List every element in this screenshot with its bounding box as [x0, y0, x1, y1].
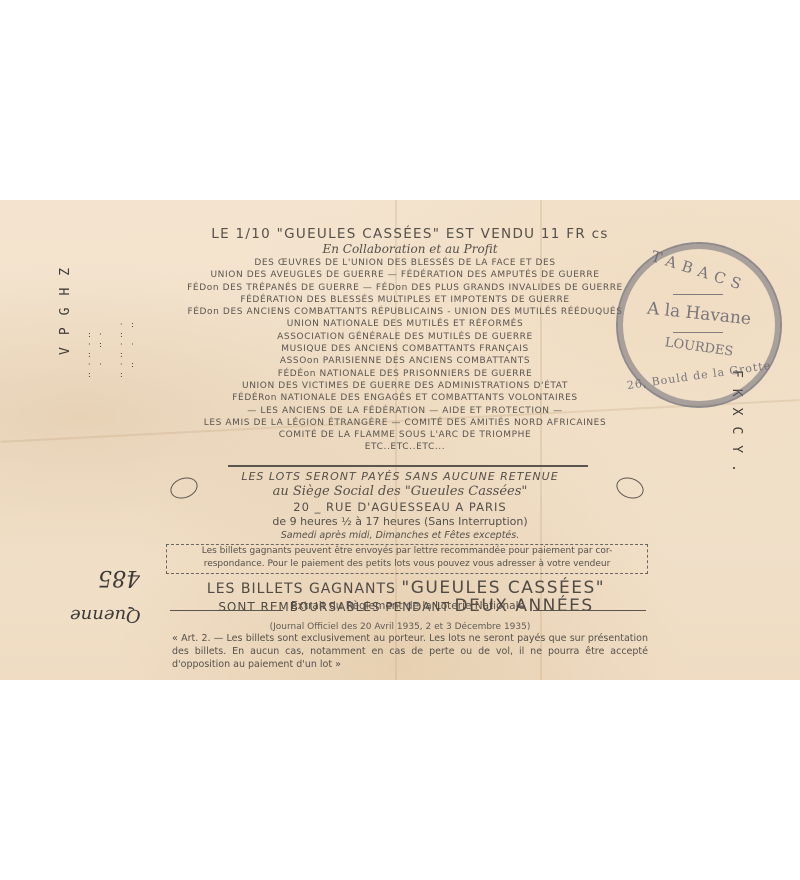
- handwritten-number: 485: [98, 565, 140, 590]
- stamp-address: 26, Bould de la Grotte: [618, 358, 780, 393]
- payment-hours: de 9 heures ½ à 17 heures (Sans Interrup…: [0, 515, 800, 528]
- banner-rule: [228, 465, 588, 467]
- handwritten-word: Quenne: [70, 605, 141, 626]
- organization: FÉDon DES ANCIENS COMBATTANTS RÉPUBLICAI…: [160, 306, 650, 318]
- perforation-marks: · ::· ·:· ::: [120, 320, 137, 380]
- lottery-ticket-back: : ·· ::· ·: · ::· ·:· :: VPGHZ FKXCY. LE…: [0, 200, 800, 680]
- stamp-ornament: [673, 294, 723, 295]
- winners-prefix: LES BILLETS GAGNANTS: [207, 581, 402, 597]
- regulation-article: « Art. 2. — Les billets sont exclusiveme…: [172, 632, 648, 671]
- divider: [533, 610, 646, 611]
- stamp-shop-name: A la Havane: [617, 296, 780, 333]
- organization: FÉDÉRon NATIONALE DES ENGAGÉS ET COMBATT…: [160, 392, 650, 404]
- divider: [170, 610, 283, 611]
- organization: UNION NATIONALE DES MUTILÉS ET RÉFORMÉS: [160, 318, 650, 330]
- organization: UNION DES AVEUGLES DE GUERRE — FÉDÉRATIO…: [160, 269, 650, 281]
- organization: MUSIQUE DES ANCIENS COMBATTANTS FRANÇAIS: [160, 343, 650, 355]
- organization: — LES ANCIENS DE LA FÉDÉRATION — AIDE ET…: [160, 405, 650, 417]
- serial-code-left: VPGHZ: [58, 256, 73, 355]
- payment-exceptions: Samedi après midi, Dimanches et Fêtes ex…: [0, 530, 800, 541]
- organization: ETC..ETC..ETC...: [160, 441, 650, 453]
- mail-notice: Les billets gagnants peuvent être envoyé…: [166, 544, 648, 574]
- organization-list: DES ŒUVRES DE L'UNION DES BLESSÉS DE LA …: [160, 257, 650, 454]
- organization: COMITÉ DE LA FLAMME SOUS L'ARC DE TRIOMP…: [160, 429, 650, 441]
- winners-line-1: LES BILLETS GAGNANTS "GUEULES CASSÉES": [166, 578, 646, 598]
- payment-line: LES LOTS SERONT PAYÉS SANS AUCUNE RETENU…: [0, 470, 800, 483]
- organization: UNION DES VICTIMES DE GUERRE DES ADMINIS…: [160, 380, 650, 392]
- regulation-heading: Extrait du Règlement de la Loterie Natio…: [291, 600, 525, 612]
- organization: ASSOon PARISIENNE DES ANCIENS COMBATTANT…: [160, 355, 650, 367]
- regulation-heading-row: Extrait du Règlement de la Loterie Natio…: [170, 600, 646, 612]
- winners-emphasis: "GUEULES CASSÉES": [401, 578, 605, 598]
- organization: FÉDÉon NATIONALE DES PRISONNIERS DE GUER…: [160, 368, 650, 380]
- stamp-ornament: [673, 332, 723, 333]
- payment-address: 20 _ RUE D'AGUESSEAU A PARIS: [0, 500, 800, 514]
- tobacconist-stamp: TABACS A la Havane LOURDES 26, Bould de …: [616, 242, 782, 408]
- organization: FÉDÉRATION DES BLESSÉS MULTIPLES ET IMPO…: [160, 294, 650, 306]
- notice-line: respondance. Pour le paiement des petits…: [167, 558, 647, 571]
- organization: ASSOCIATION GÉNÉRALE DES MUTILÉS DE GUER…: [160, 331, 650, 343]
- organization: FÉDon DES TRÉPANÉS DE GUERRE — FÉDon DES…: [160, 282, 650, 294]
- payment-line: au Siège Social des "Gueules Cassées": [0, 484, 800, 499]
- organization: DES ŒUVRES DE L'UNION DES BLESSÉS DE LA …: [160, 257, 650, 269]
- perforation-marks: : ·· ::· ·:: [88, 330, 105, 380]
- price-title: LE 1/10 "GUEULES CASSÉES" EST VENDU 11 F…: [10, 226, 800, 242]
- organization: LES AMIS DE LA LÉGION ÉTRANGÈRE — COMITÉ…: [160, 417, 650, 429]
- notice-line: Les billets gagnants peuvent être envoyé…: [167, 545, 647, 558]
